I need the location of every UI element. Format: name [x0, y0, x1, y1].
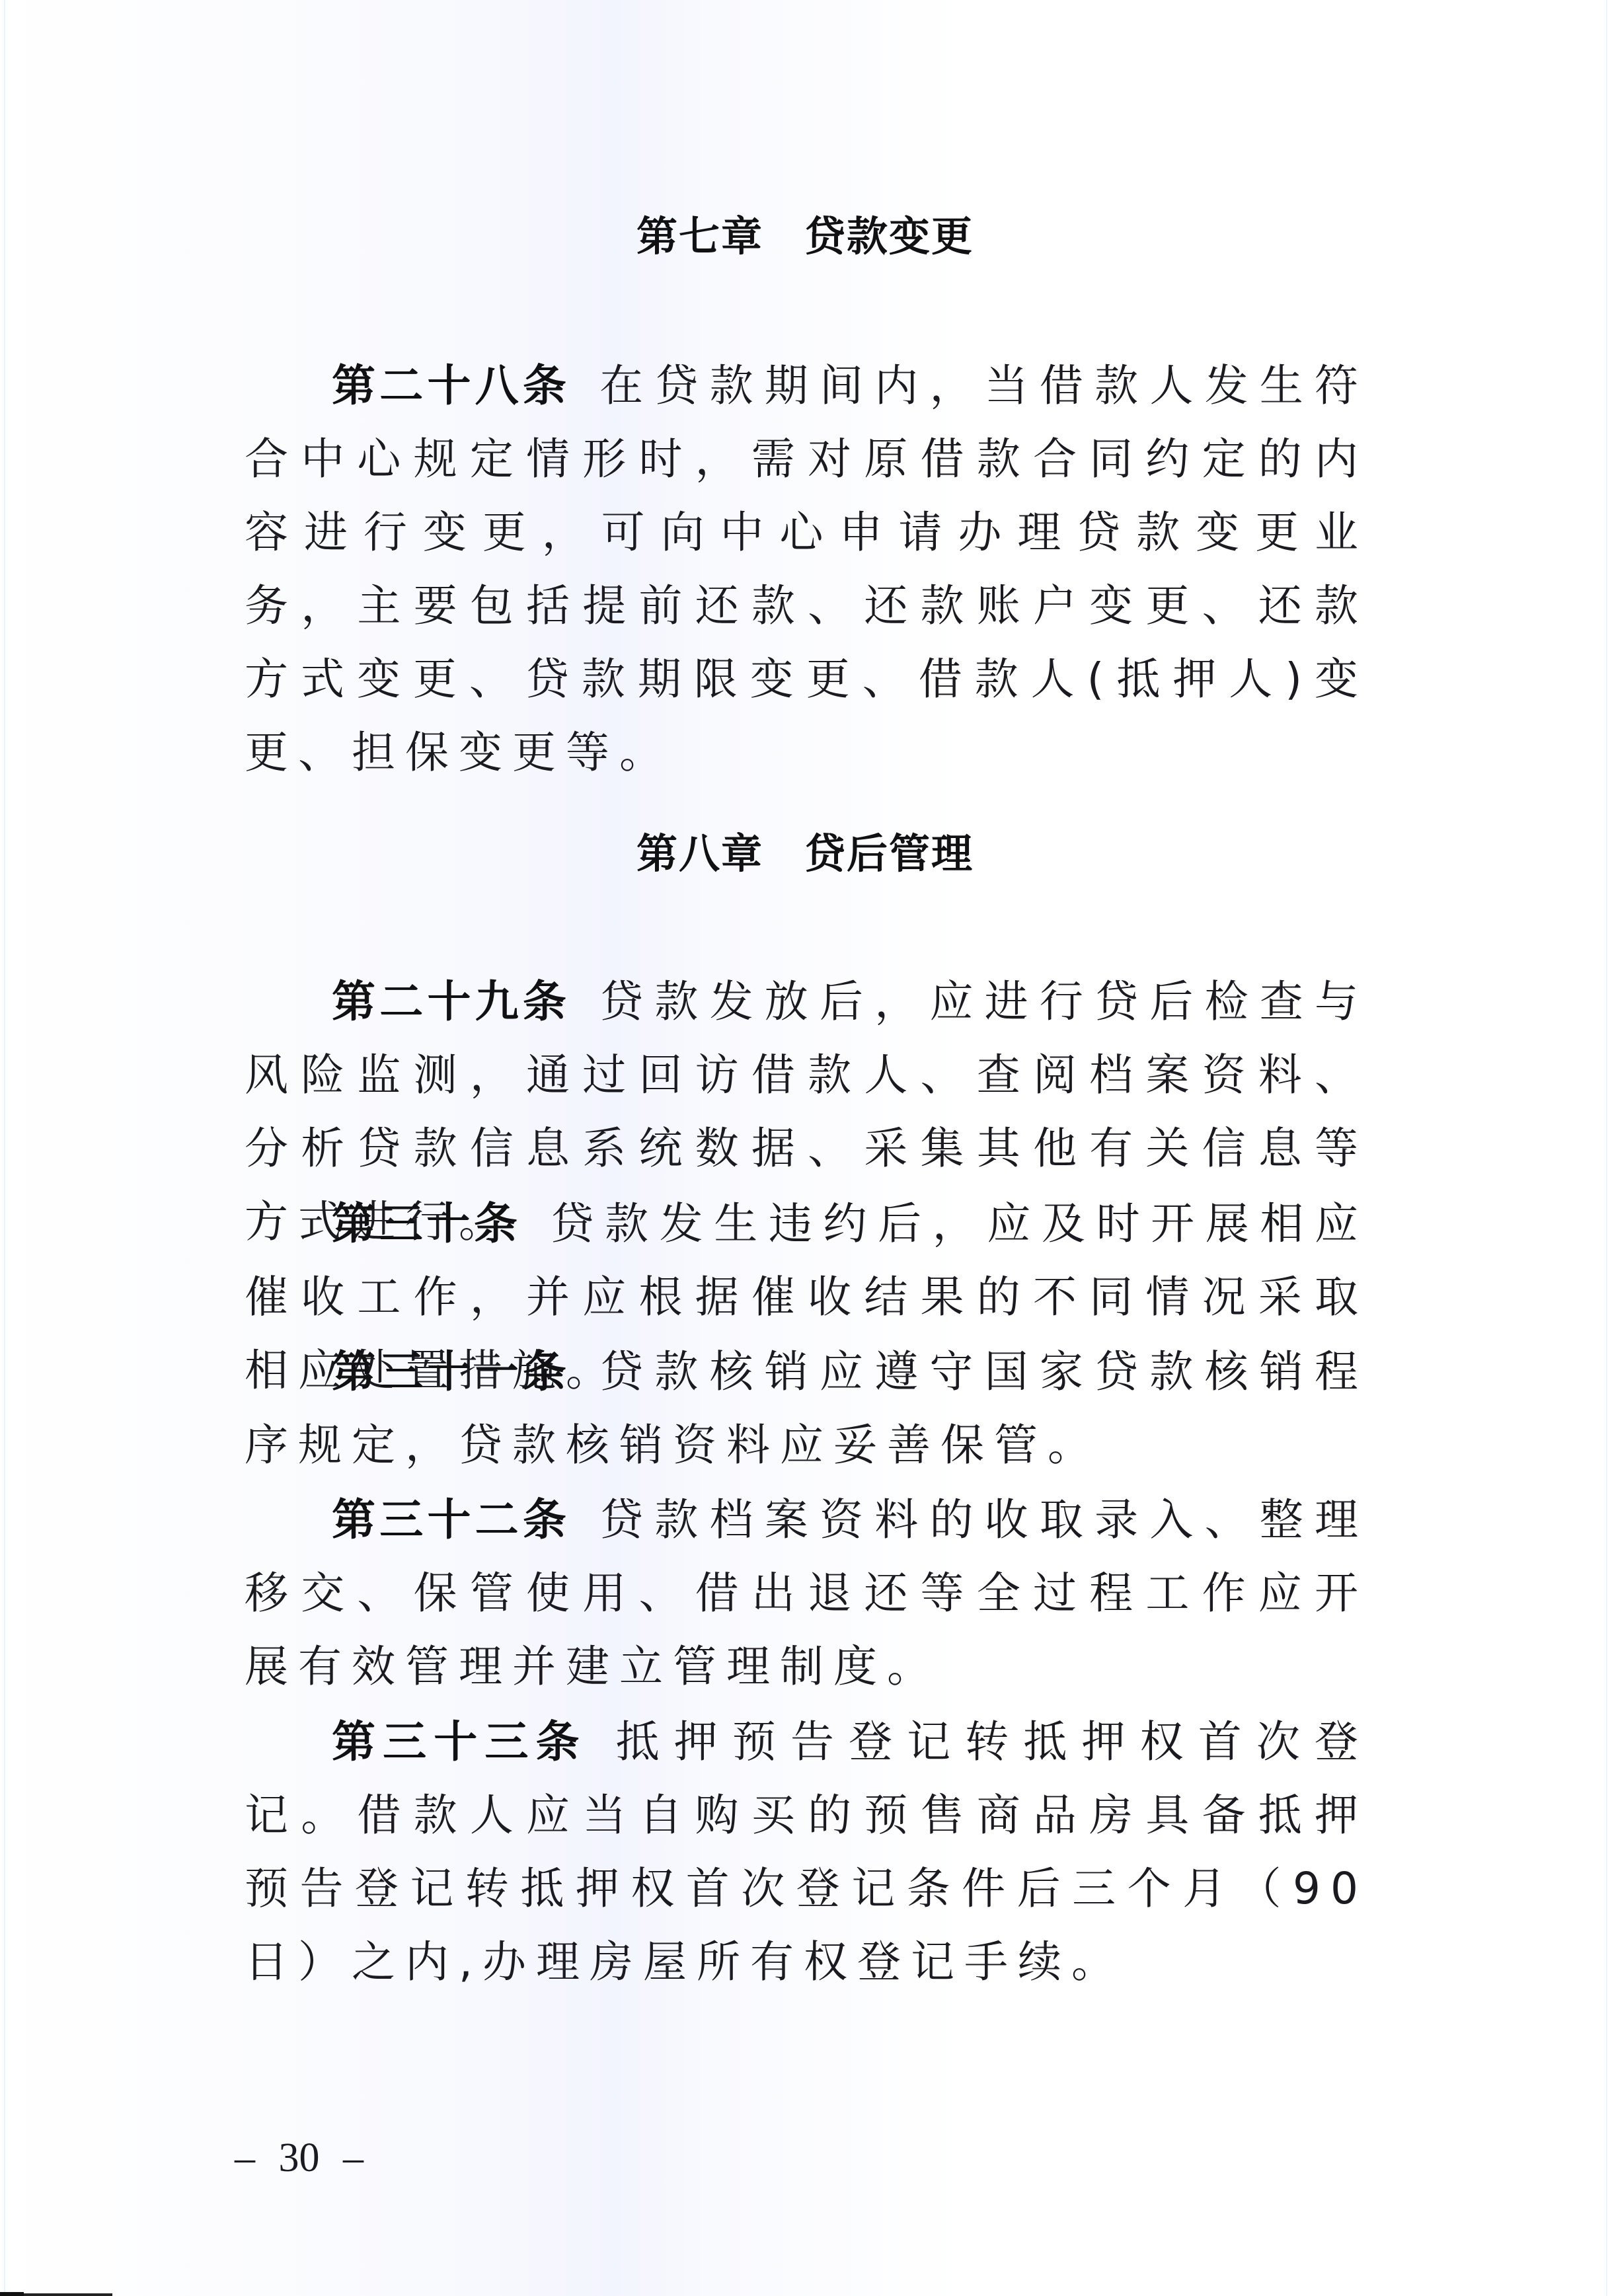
chapter-number: 第八章: [636, 829, 763, 878]
article-number: 第三十三条: [332, 1716, 587, 1767]
chapter-title: 贷款变更: [804, 212, 974, 260]
scan-edge-left: [4, 0, 5, 2296]
article-33: 第三十三条抵押预告登记转抵押权首次登记。借款人应当自购买的预售商品房具备抵押预告…: [245, 1705, 1368, 1999]
scan-artifact: [0, 2292, 24, 2296]
article-number: 第三十一条: [332, 1346, 570, 1397]
article-number: 第二十八条: [332, 360, 570, 411]
article-number: 第二十九条: [332, 976, 570, 1027]
page-number: – 30 –: [235, 2131, 364, 2184]
article-32: 第三十二条贷款档案资料的收取录入、整理移交、保管使用、借出退还等全过程工作应开展…: [245, 1483, 1368, 1703]
article-text: 在贷款期间内，当借款人发生符合中心规定情形时，需对原借款合同约定的内容进行变更，…: [245, 360, 1368, 778]
article-number: 第三十二条: [332, 1494, 570, 1545]
chapter-title: 贷后管理: [804, 829, 974, 878]
scan-edge-right: [1606, 0, 1607, 2296]
chapter-number: 第七章: [636, 212, 763, 260]
article-number: 第三十条: [332, 1198, 521, 1249]
chapter-heading-8: 第八章贷后管理: [0, 827, 1610, 880]
chapter-heading-7: 第七章贷款变更: [0, 210, 1610, 263]
article-28: 第二十八条在贷款期间内，当借款人发生符合中心规定情形时，需对原借款合同约定的内容…: [245, 349, 1368, 789]
article-31: 第三十一条贷款核销应遵守国家贷款核销程序规定，贷款核销资料应妥善保管。: [245, 1335, 1368, 1482]
document-page: 第七章贷款变更 第二十八条在贷款期间内，当借款人发生符合中心规定情形时，需对原借…: [0, 0, 1610, 2296]
